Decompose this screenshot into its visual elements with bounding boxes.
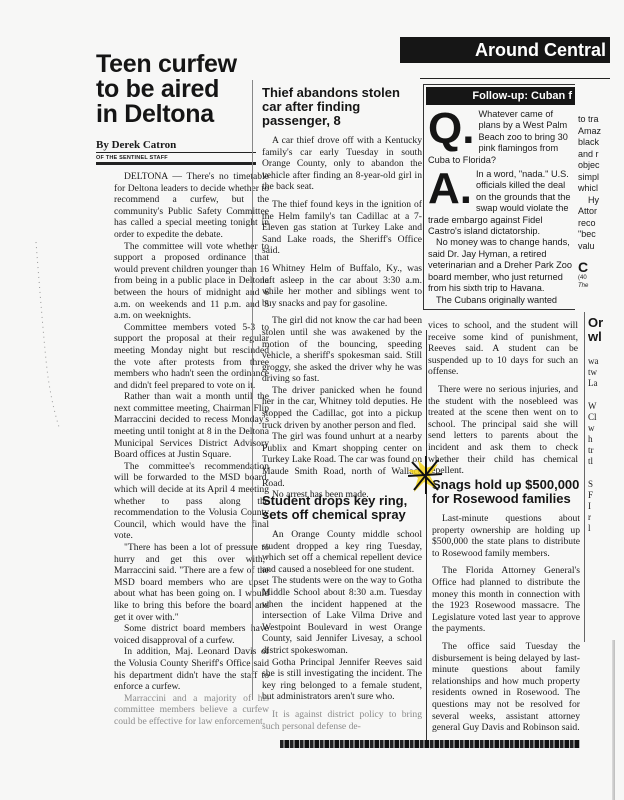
headline-curfew: Teen curfew to be aired in Deltona [96, 52, 246, 127]
paragraph: vices to school, and the student will re… [428, 320, 578, 378]
edge-text: W [588, 401, 622, 412]
edge-text: valu [578, 241, 620, 253]
edge-text: wa [588, 356, 622, 367]
paragraph: DELTONA — There's no timetable for Delto… [114, 171, 269, 241]
edge-text: w [588, 423, 622, 434]
edge-text: and r [578, 149, 620, 161]
edge-text: La [588, 378, 622, 389]
edge-text: reco [578, 218, 620, 230]
paragraph: A car thief drove off with a Kentucky fa… [262, 135, 422, 193]
paragraph: There were no serious injuries, and the … [428, 384, 578, 477]
edge-text: Amaz [578, 126, 620, 138]
edge-text: tr [588, 445, 622, 456]
thief-body: A car thief drove off with a Kentucky fa… [262, 135, 422, 501]
edge-text: simpl [578, 172, 620, 184]
paragraph: "There has been a lot of pressure to hur… [114, 542, 269, 623]
headline-thief: Thief abandons stolen car after finding … [262, 86, 422, 128]
edge-text: Attor [578, 206, 620, 218]
paragraph: The students were on the way to Gotha Mi… [262, 575, 422, 656]
rosewood-body: Last-minute questions about property own… [432, 513, 580, 734]
followup-banner-label: Follow-up: Cuban f [472, 90, 572, 102]
edge-text: l [588, 523, 622, 534]
edge-text: whicl [578, 183, 620, 195]
scan-edge-speckle [34, 240, 64, 440]
edge-text: "bec [578, 229, 620, 241]
right-edge-column: to tra Amaz black and r objec simpl whic… [578, 114, 620, 290]
edge-text: h [588, 434, 622, 445]
answer-paragraph: No money was to change hands, said Dr. J… [428, 237, 573, 294]
banner-underline [420, 78, 610, 79]
question-block: Q. Whatever came of plans by a West Palm… [424, 109, 575, 166]
paragraph: In addition, Maj. Leonard Davis of the V… [114, 646, 269, 692]
paragraph: Rather than wait a month until the next … [114, 391, 269, 461]
edge-text: black [578, 137, 620, 149]
headline-keyring: Student drops key ring, sets off chemica… [262, 494, 422, 522]
byline: By Derek Catron [96, 139, 256, 151]
keyring-body: An Orange County middle school student d… [262, 529, 422, 732]
paragraph: The girl did not know the car had been s… [262, 315, 422, 385]
article-curfew: Teen curfew to be aired in Deltona By De… [96, 52, 256, 728]
paragraph: Some district board members have voiced … [114, 623, 269, 646]
edge-text: wl [588, 330, 622, 344]
byline-rule [96, 152, 256, 153]
paragraph: The Florida Attorney General's Office ha… [432, 565, 580, 635]
q-letter: Q. [428, 109, 474, 149]
answer-paragraph: The Cubans originally wanted [428, 295, 573, 306]
paragraph-faded: Marraccini and a majority of his committ… [114, 693, 269, 728]
edge-text: The [578, 282, 620, 290]
paragraph: The driver panicked when he found her in… [262, 385, 422, 431]
column-divider [584, 312, 585, 642]
answer-block: A. In a word, "nada." U.S. officials kil… [424, 169, 575, 306]
edge-text: tl [588, 456, 622, 467]
highlighter-mark-icon [408, 456, 444, 496]
bottom-rule [280, 740, 580, 748]
headline-rosewood: Snags hold up $500,000 for Rosewood fami… [432, 478, 580, 506]
edge-text: r [588, 512, 622, 523]
staff-rule [96, 162, 256, 165]
paragraph: The committee's recommendation will be f… [114, 461, 269, 542]
edge-text: S [588, 479, 622, 490]
article-rosewood: Snags hold up $500,000 for Rosewood fami… [432, 478, 580, 734]
paragraph: Committee members voted 5-3 to support t… [114, 322, 269, 392]
paragraph: It is against district policy to bring s… [262, 709, 422, 732]
article-thief: Thief abandons stolen car after finding … [262, 86, 422, 501]
paragraph: The office said Tuesday the disbursement… [432, 641, 580, 734]
edge-text: Or [588, 316, 622, 330]
edge-heading: C [578, 262, 620, 274]
followup-banner: Follow-up: Cuban f [426, 87, 575, 105]
edge-text: to tra [578, 114, 620, 126]
edge-text: tw [588, 367, 622, 378]
edge-text: Cl [588, 412, 622, 423]
curfew-body: DELTONA — There's no timetable for Delto… [114, 171, 269, 728]
edge-text: objec [578, 160, 620, 172]
paragraph: The committee will vote whether to suppo… [114, 241, 269, 322]
paragraph: An Orange County middle school student d… [262, 529, 422, 575]
page-edge-shadow [612, 640, 615, 800]
section-banner-label: Around Central [475, 40, 606, 60]
staff-line: OF THE SENTINEL STAFF [96, 155, 256, 161]
paragraph: Gotha Principal Jennifer Reeves said she… [262, 657, 422, 703]
edge-text: (40 [578, 274, 620, 282]
a-letter: A. [428, 169, 472, 209]
column-divider [426, 330, 427, 740]
edge-text: F [588, 490, 622, 501]
paragraph: Last-minute questions about property own… [432, 513, 580, 559]
edge-text: Hy [578, 195, 620, 207]
keyring-continued: vices to school, and the student will re… [428, 320, 578, 477]
right-edge-column-2: Or wl wa tw La W Cl w h tr tl S F I r l [588, 316, 622, 534]
followup-box: Follow-up: Cuban f Q. Whatever came of p… [423, 84, 575, 310]
paragraph: The thief found keys in the ignition of … [262, 199, 422, 257]
section-banner: Around Central [400, 37, 610, 63]
paragraph: Whitney Helm of Buffalo, Ky., was left a… [262, 263, 422, 309]
paragraph: The girl was found unhurt at a nearby Pu… [262, 431, 422, 489]
edge-text: I [588, 501, 622, 512]
article-keyring: Student drops key ring, sets off chemica… [262, 494, 422, 732]
column-divider [252, 80, 253, 700]
